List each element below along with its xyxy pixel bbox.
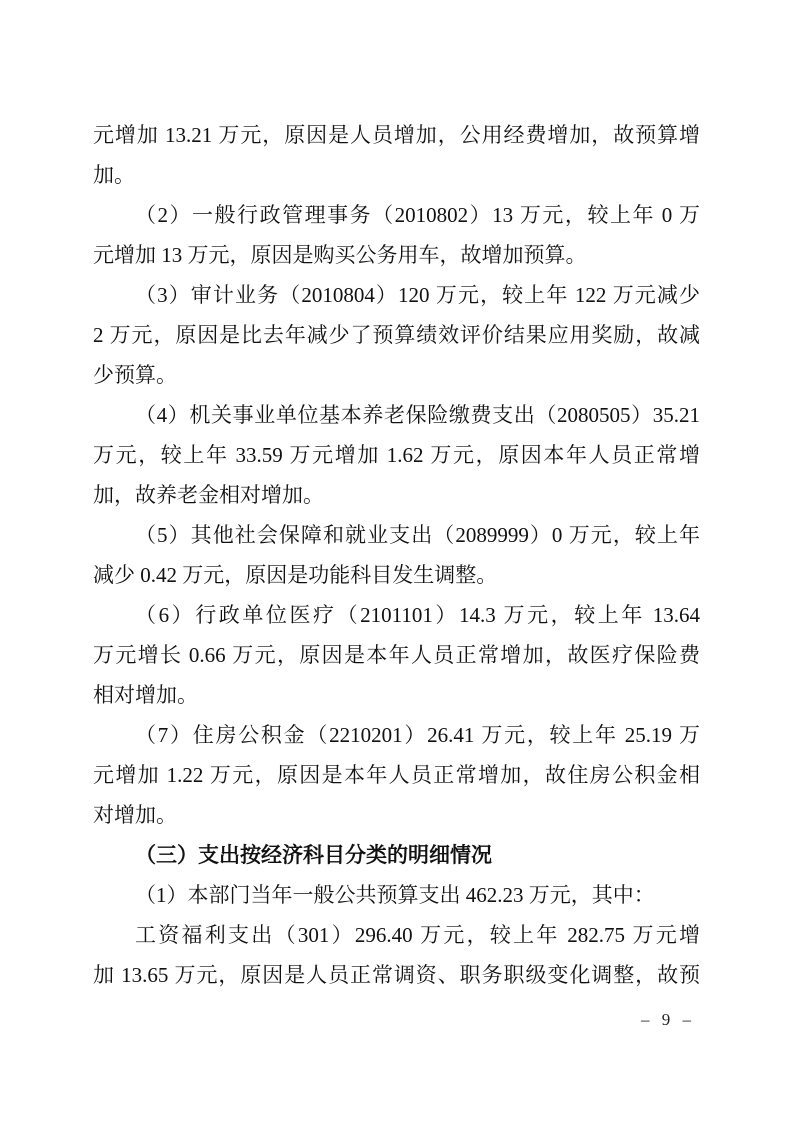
text-line: （4）机关事业单位基本养老保险缴费支出（2080505）35.21: [93, 395, 700, 435]
text-line: （5）其他社会保障和就业支出（2089999）0 万元，较上年: [93, 515, 700, 555]
text-line: （2）一般行政管理事务（2010802）13 万元，较上年 0 万: [93, 195, 700, 235]
text-line: 工资福利支出（301）296.40 万元，较上年 282.75 万元增: [93, 915, 700, 955]
text-line: （7）住房公积金（2210201）26.41 万元，较上年 25.19 万: [93, 715, 700, 755]
text-line: 元增加 13 万元，原因是购买公务用车，故增加预算。: [93, 235, 700, 275]
text-line: 2 万元，原因是比去年减少了预算绩效评价结果应用奖励，故减: [93, 315, 700, 355]
text-line: 加。: [93, 155, 700, 195]
text-line: 加，故养老金相对增加。: [93, 475, 700, 515]
text-line: 减少 0.42 万元，原因是功能科目发生调整。: [93, 555, 700, 595]
text-line: 元增加 13.21 万元，原因是人员增加，公用经费增加，故预算增: [93, 115, 700, 155]
text-line: 相对增加。: [93, 675, 700, 715]
section-heading: （三）支出按经济科目分类的明细情况: [93, 835, 700, 875]
text-line: （1）本部门当年一般公共预算支出 462.23 万元，其中：: [93, 875, 700, 915]
text-line: 万元增长 0.66 万元，原因是本年人员正常增加，故医疗保险费: [93, 635, 700, 675]
text-line: 对增加。: [93, 795, 700, 835]
page-number: – 9 –: [641, 1005, 695, 1035]
text-line: （6）行政单位医疗（2101101）14.3 万元，较上年 13.64: [93, 595, 700, 635]
text-line: 万元，较上年 33.59 万元增加 1.62 万元，原因本年人员正常增: [93, 435, 700, 475]
document-page: 元增加 13.21 万元，原因是人员增加，公用经费增加，故预算增 加。 （2）一…: [0, 0, 793, 1122]
text-line: 少预算。: [93, 355, 700, 395]
document-body: 元增加 13.21 万元，原因是人员增加，公用经费增加，故预算增 加。 （2）一…: [93, 115, 700, 995]
text-line: 元增加 1.22 万元，原因是本年人员正常增加，故住房公积金相: [93, 755, 700, 795]
text-line: （3）审计业务（2010804）120 万元，较上年 122 万元减少: [93, 275, 700, 315]
text-line: 加 13.65 万元，原因是人员正常调资、职务职级变化调整，故预: [93, 955, 700, 995]
